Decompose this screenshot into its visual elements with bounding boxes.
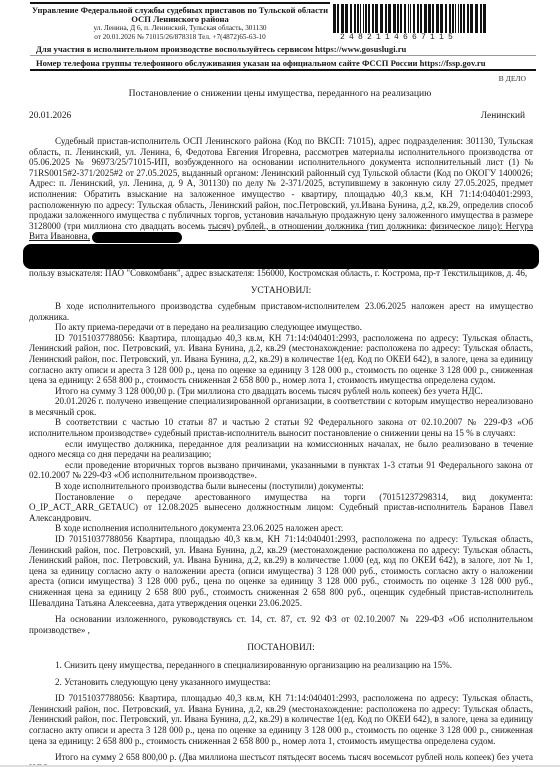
redaction-block: [23, 244, 539, 269]
established-paragraph: В ходе исполнительного производства суде…: [29, 301, 533, 322]
document-date: 20.01.2026: [29, 111, 71, 121]
established-total: Итого на сумму 3 128 000,00 р. (Три милл…: [29, 386, 533, 397]
established-paragraph: В соответствии с частью 10 статьи 87 и ч…: [29, 417, 533, 438]
arrest-item: ID 70151037788056 Квартира, площадью 40,…: [29, 534, 533, 608]
phone-notice: Номер телефона группы телефонного обслуж…: [36, 58, 486, 68]
case-item: если имущество должника, переданное для …: [29, 439, 533, 460]
gosuslugi-notice: Для участия в исполнительном производств…: [36, 44, 406, 54]
document-reference: от 20.01.2026 № 71015/26/878318 Тел. +7(…: [30, 33, 330, 42]
case-item: если проведение вторичных торгов вызвано…: [29, 460, 533, 481]
barcode-number: 2482114667115: [340, 33, 490, 42]
documents-item: Постановление о передаче арестованного и…: [29, 492, 533, 524]
document-title: Постановление о снижении цены имущества,…: [0, 88, 560, 99]
redaction-mark: [92, 232, 182, 243]
agency-header: Управление Федеральной службы судебных п…: [30, 6, 330, 42]
claimant-info: пользу взыскателя: ПАО "Совкомбанк", адр…: [29, 268, 533, 279]
documents-intro: В ходе исполнительного производства были…: [29, 481, 533, 492]
department-name: ОСП Ленинского района: [30, 15, 330, 24]
established-paragraph: По акту приема-передачи от в передано на…: [29, 322, 533, 333]
resolved-item: 1. Снизить цену имущества, переданного в…: [29, 660, 533, 671]
arrest-intro: В ходе исполнения исполнительного докуме…: [29, 523, 533, 534]
basis-paragraph: На основании изложенного, руководствуясь…: [29, 614, 533, 635]
header-top-rule: [30, 2, 330, 4]
document-page: Управление Федеральной службы судебных п…: [0, 0, 560, 767]
resolved-property-item: ID 70151037788056: Квартира, площадью 40…: [29, 693, 533, 746]
document-place: Ленинский: [481, 111, 525, 121]
property-item: ID 70151037788056: Квартира, площадью 40…: [29, 333, 533, 386]
section-established-heading: УСТАНОВИЛ:: [29, 286, 533, 297]
header-divider: [30, 55, 536, 56]
established-paragraph: 20.01.2026 г. получено извещение специал…: [29, 396, 533, 417]
agency-address: ул. Ленина, Д 6, п. Ленинский, Тульская …: [30, 24, 330, 33]
document-body: Судебный пристав-исполнитель ОСП Ленинск…: [29, 136, 533, 767]
resolved-item: 2. Установить следующую цену указанного …: [29, 677, 533, 688]
barcode-icon: [332, 4, 490, 33]
file-stamp: В ДЕЛО: [499, 74, 526, 83]
intro-paragraph: Судебный пристав-исполнитель ОСП Ленинск…: [29, 136, 533, 243]
section-resolved-heading: ПОСТАНОВИЛ:: [29, 643, 533, 654]
header-bottom-rule: [30, 69, 536, 71]
